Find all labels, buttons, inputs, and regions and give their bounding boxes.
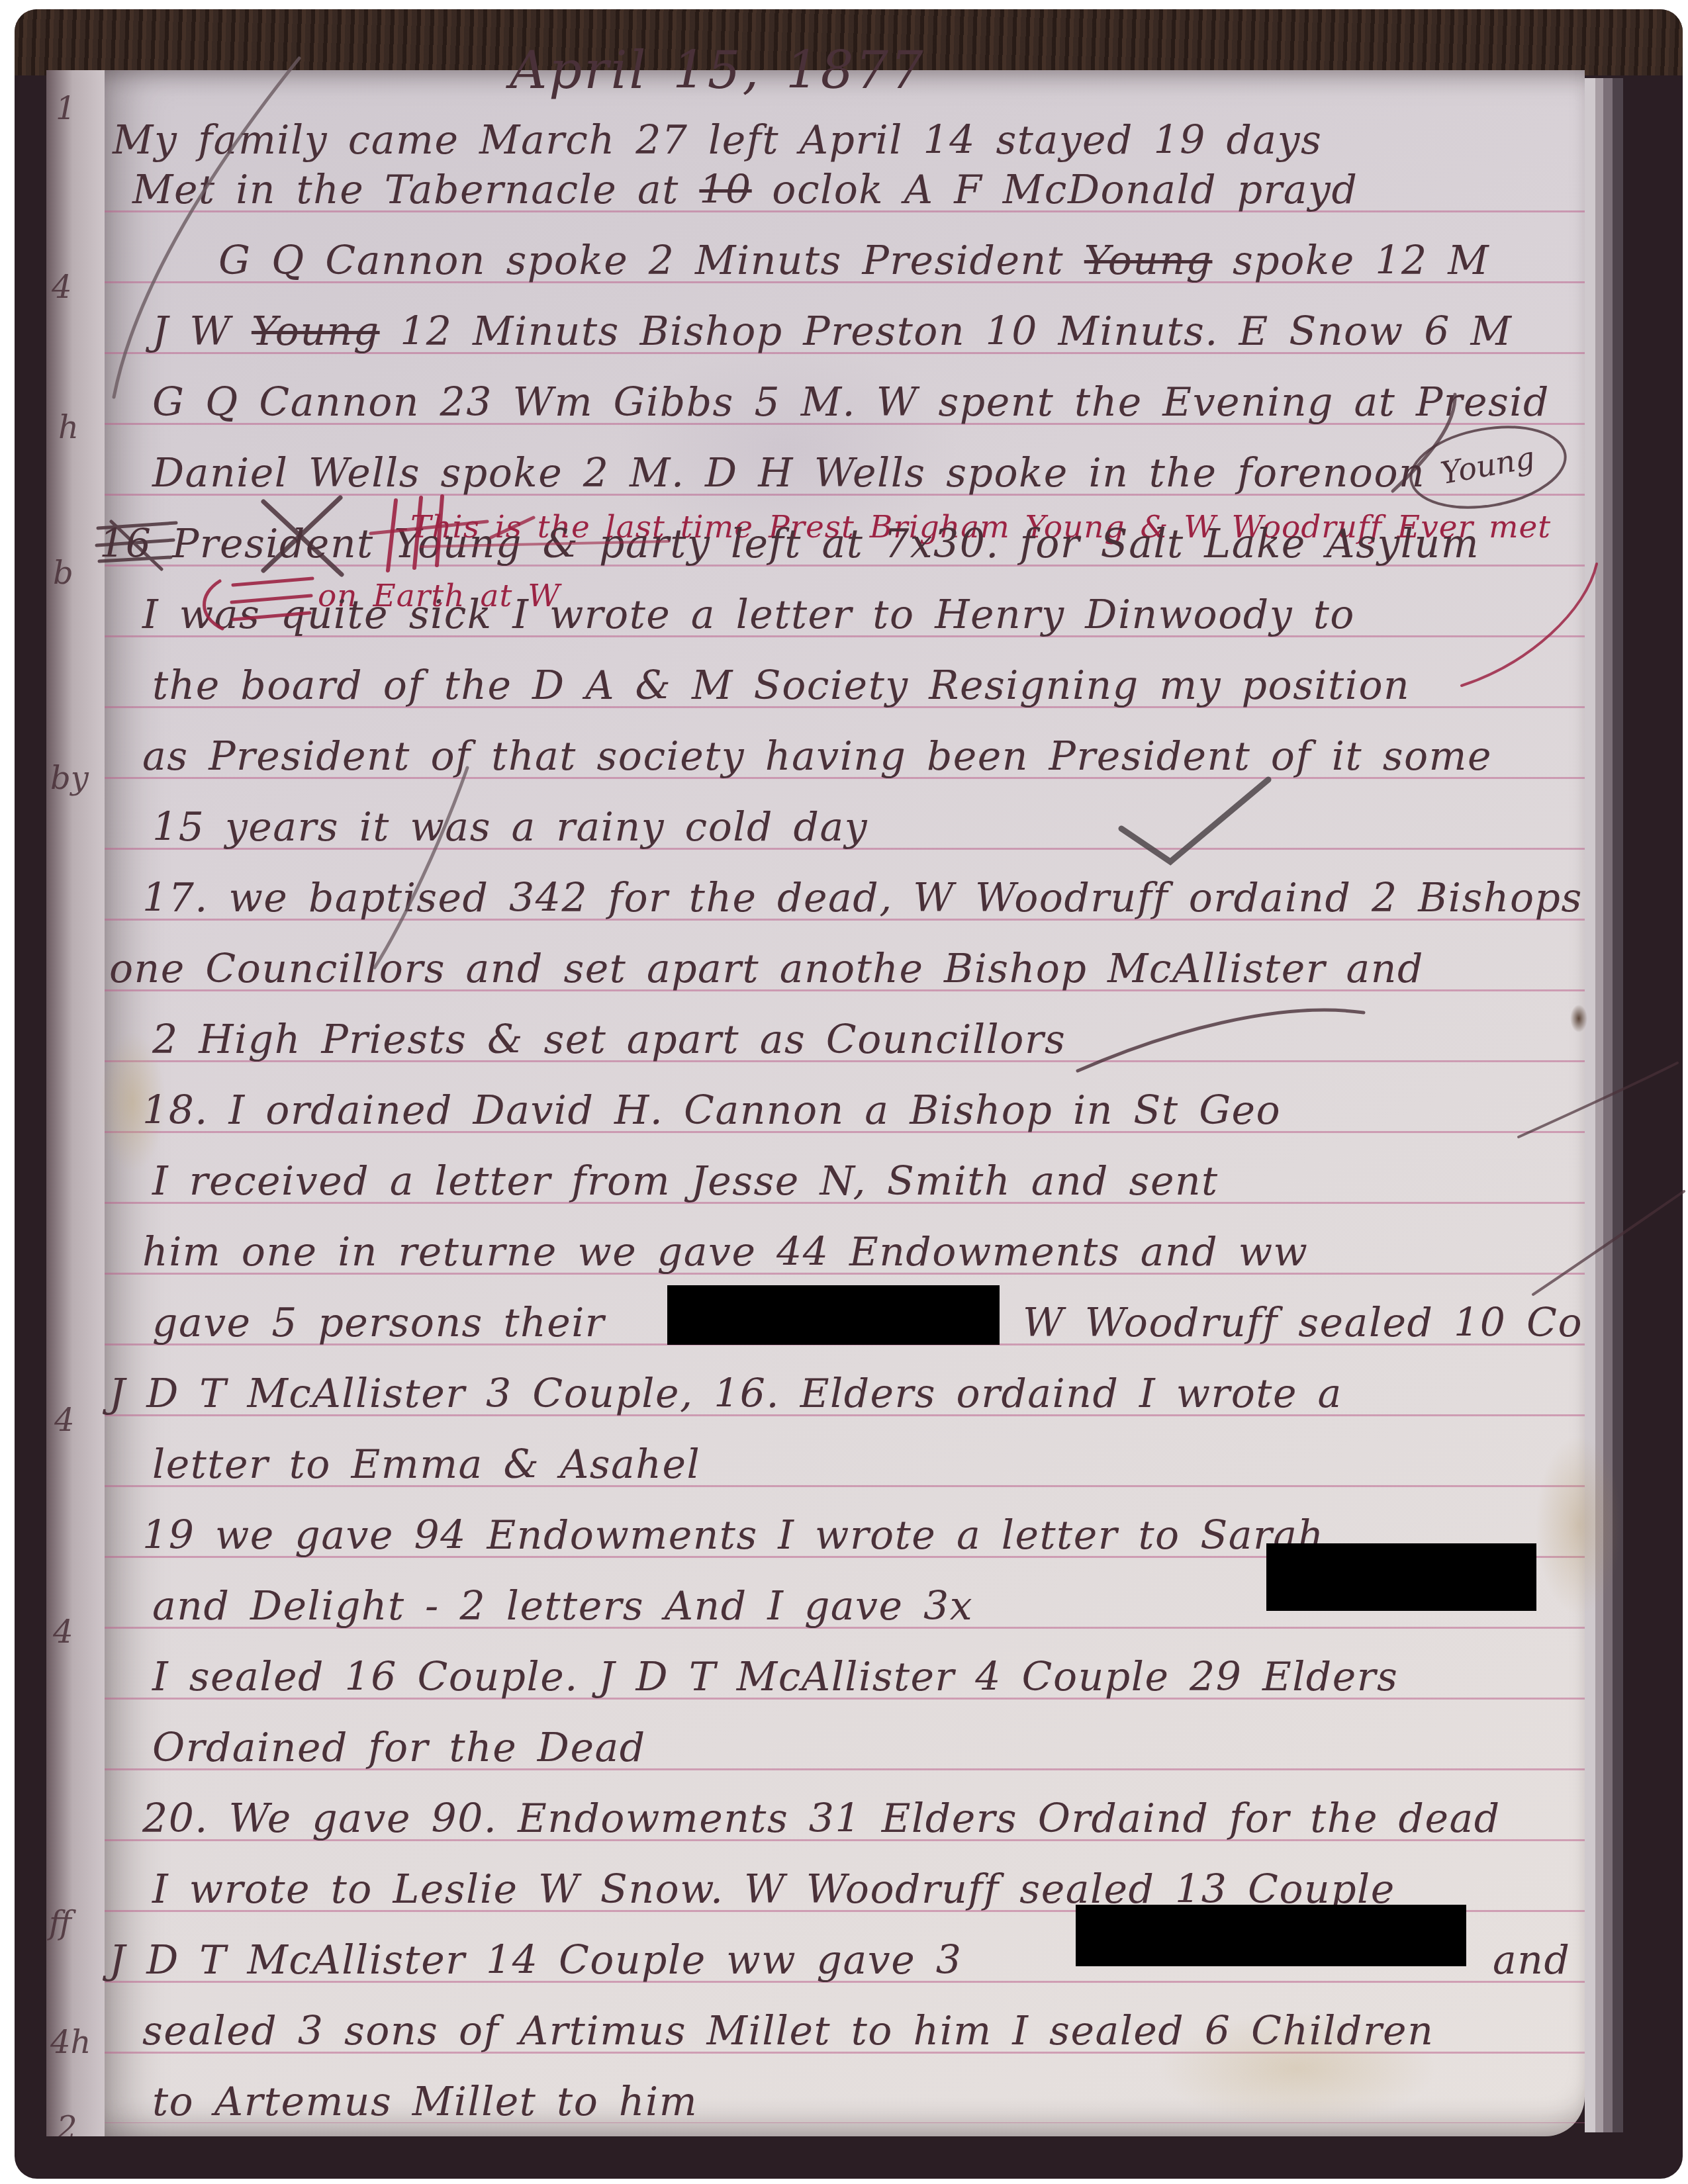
journal-line: gave 5 persons their [152, 1293, 605, 1353]
margin-fragment: 2 [57, 2110, 77, 2136]
margin-fragment: ff [49, 1905, 71, 1942]
journal-line: I was quite sick I wrote a letter to Hen… [142, 585, 1355, 645]
struck-word: Young [252, 308, 380, 355]
journal-line: J D T McAllister 3 Couple, 16. Elders or… [109, 1364, 1342, 1424]
redaction-box [1076, 1905, 1466, 1966]
journal-line: 19 we gave 94 Endowments I wrote a lette… [142, 1506, 1325, 1565]
journal-scan: 1 4 h b by 4 4 ff 4h 2 April 15, 1877 My… [0, 0, 1688, 2184]
margin-fragment: 4 [53, 1614, 73, 1651]
page-gutter: 1 4 h b by 4 4 ff 4h 2 [46, 70, 105, 2136]
margin-fragment: 4 [52, 269, 72, 306]
journal-line: 16 President Young & party left at 7x30.… [99, 514, 1479, 574]
page-stack-edge [1595, 78, 1603, 2132]
journal-line: J W Young 12 Minuts Bishop Preston 10 Mi… [152, 302, 1512, 361]
margin-fragment: 4h [50, 2024, 91, 2061]
journal-line: 15 years it was a rainy cold day [152, 797, 868, 857]
redaction-box [667, 1285, 1000, 1345]
journal-line: Ordained for the Dead [152, 1718, 646, 1778]
journal-line: Met in the Tabernacle at 10 oclok A F Mc… [132, 160, 1358, 220]
margin-fragment: by [50, 760, 89, 797]
page-stack-edge [1585, 78, 1595, 2132]
journal-line: W Woodruff sealed 10 Co [1023, 1293, 1583, 1353]
journal-line: and Delight - 2 letters And I gave 3x [152, 1576, 973, 1636]
journal-line: G Q Cannon spoke 2 Minuts President Youn… [218, 231, 1489, 291]
journal-line: and [1493, 1931, 1570, 1990]
journal-line: sealed 3 sons of Artimus Millet to him I… [142, 2001, 1434, 2061]
ink-speck [1570, 1005, 1587, 1032]
line-segment: oclok A F McDonald prayd [752, 167, 1358, 213]
page-stack-edge [1603, 78, 1613, 2132]
journal-line: him one in returne we gave 44 Endowments… [142, 1222, 1308, 1282]
entry-date-title: April 15, 1877 [510, 41, 925, 101]
journal-line: J D T McAllister 14 Couple ww gave 3 [109, 1931, 962, 1990]
journal-line: 17. we baptised 342 for the dead, W Wood… [142, 868, 1583, 928]
struck-word: 10 [699, 167, 751, 213]
redaction-box [1266, 1543, 1536, 1611]
margin-fragment: b [53, 555, 73, 592]
paper-stain [1536, 1436, 1622, 1615]
margin-fragment: 1 [56, 90, 76, 127]
line-segment: G Q Cannon spoke 2 Minuts President [218, 238, 1084, 284]
line-segment: J W [152, 308, 252, 355]
journal-line: to Artemus Millet to him [152, 2072, 698, 2132]
journal-line: Daniel Wells spoke 2 M. D H Wells spoke … [152, 443, 1425, 503]
line-segment: 12 Minuts Bishop Preston 10 Minuts. E Sn… [380, 308, 1513, 355]
journal-line: as President of that society having been… [142, 727, 1492, 786]
journal-line: G Q Cannon 23 Wm Gibbs 5 M. W spent the … [152, 373, 1550, 432]
journal-line: 20. We gave 90. Endowments 31 Elders Ord… [142, 1789, 1501, 1848]
journal-line: 18. I ordained David H. Cannon a Bishop … [142, 1081, 1281, 1140]
journal-line: the board of the D A & M Society Resigni… [152, 656, 1410, 715]
line-segment: Met in the Tabernacle at [132, 167, 699, 213]
margin-fragment: 4 [54, 1402, 75, 1439]
journal-line: 2 High Priests & set apart as Councillor… [152, 1010, 1066, 1069]
journal-line: I sealed 16 Couple. J D T McAllister 4 C… [152, 1647, 1398, 1707]
line-segment: spoke 12 M [1212, 238, 1489, 284]
struck-word: Young [1084, 238, 1213, 284]
journal-line: I received a letter from Jesse N, Smith … [152, 1152, 1219, 1211]
journal-line: letter to Emma & Asahel [152, 1435, 700, 1494]
journal-line: one Councillors and set apart anothe Bis… [109, 939, 1424, 999]
page-stack-edge [1613, 78, 1623, 2132]
margin-fragment: h [58, 409, 79, 446]
